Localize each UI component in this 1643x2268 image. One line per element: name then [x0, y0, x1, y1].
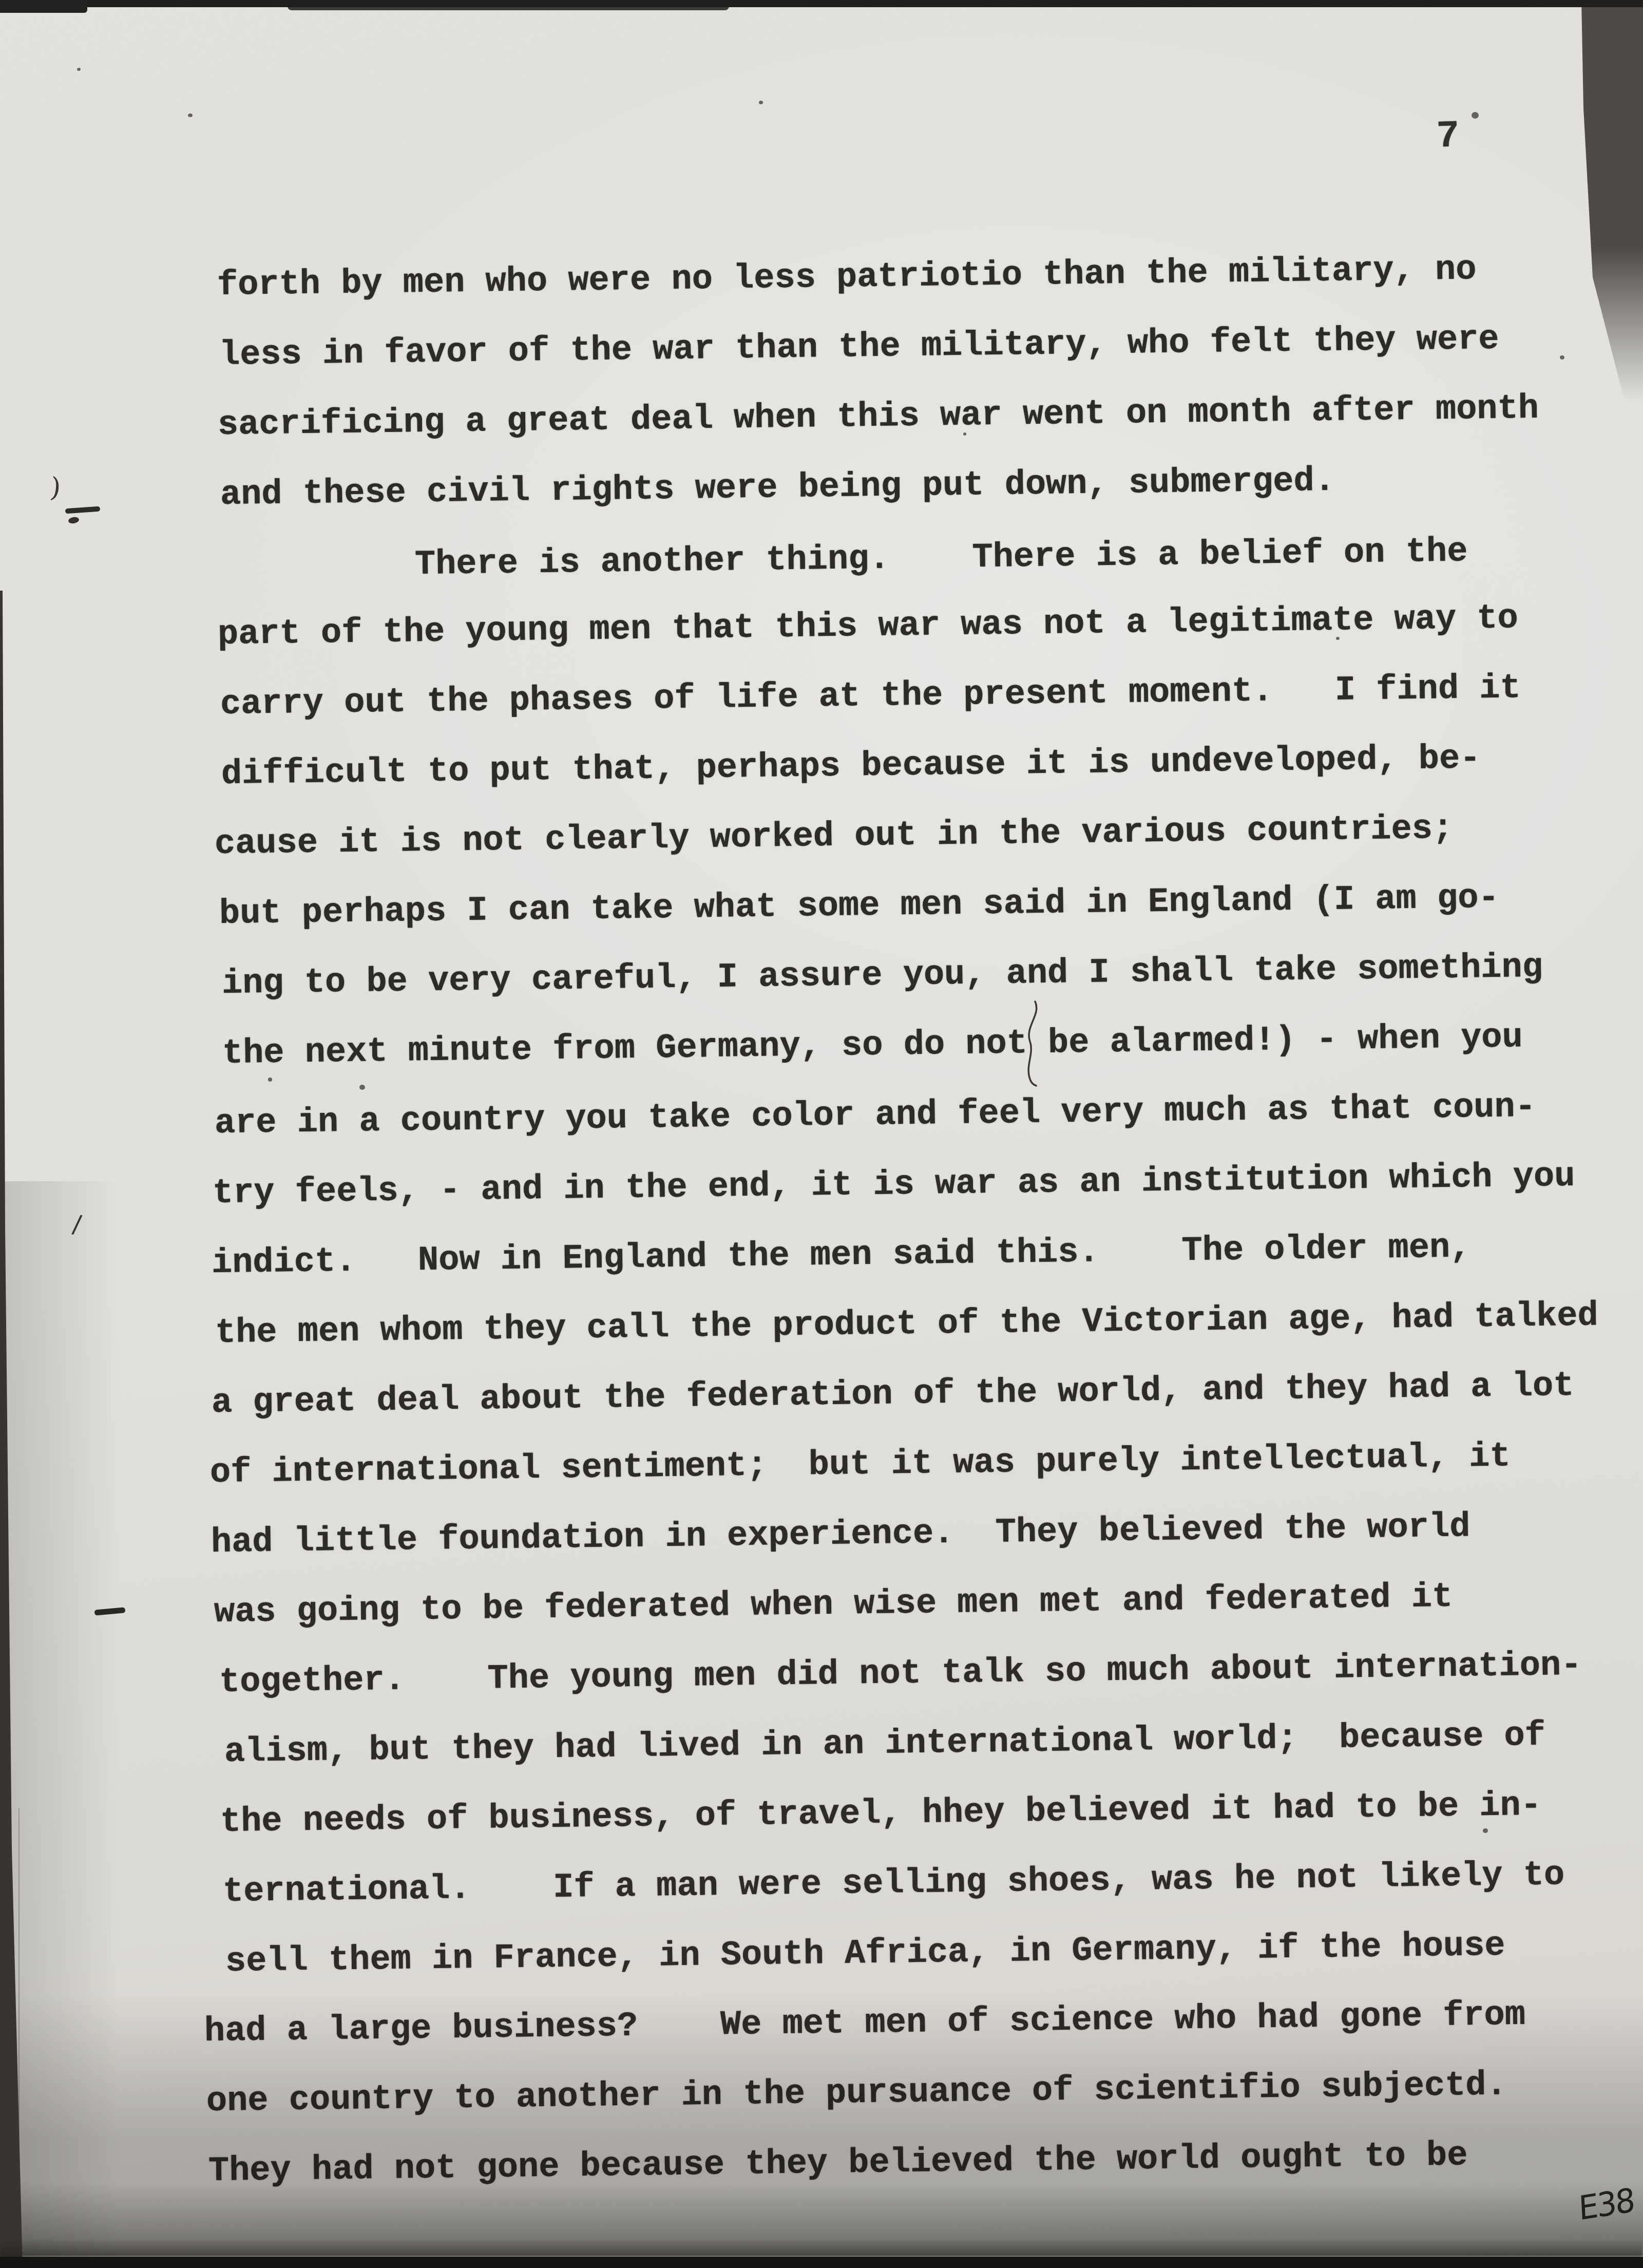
- text-line: and these civil rights were being put do…: [220, 462, 1335, 515]
- text-line: the needs of business, of travel, hhey b…: [220, 1786, 1542, 1842]
- ink-speck: [1483, 1828, 1488, 1833]
- margin-artifact-paren: ): [49, 472, 62, 504]
- scan-border-top: [0, 0, 1643, 7]
- text-line: had a large business? We met men of scie…: [204, 1996, 1526, 2051]
- pen-squiggle-mark: [1022, 1000, 1046, 1088]
- film-grain-overlay: [0, 1181, 133, 2268]
- text-line: the next minute from Germany, so do not …: [222, 1018, 1523, 1073]
- ink-speck: [759, 101, 763, 104]
- text-line: difficult to put that, perhaps because i…: [221, 739, 1481, 794]
- text-line: cause it is not clearly worked out in th…: [215, 809, 1454, 864]
- ink-speck: [268, 1078, 272, 1082]
- text-line: ing to be very careful, I assure you, an…: [222, 948, 1543, 1004]
- text-line: had little foundation in experience. The…: [211, 1507, 1470, 1562]
- text-line: a great deal about the federation of the…: [212, 1367, 1574, 1423]
- ink-speck: [963, 432, 966, 436]
- scan-border-left: [0, 591, 36, 2268]
- footer-handwritten-mark: E38: [1578, 2181, 1635, 2228]
- ink-speck: [359, 1085, 365, 1090]
- text-line: alism, but they had lived in an internat…: [224, 1716, 1546, 1772]
- text-line: but perhaps I can take what some men sai…: [219, 879, 1500, 934]
- scan-border-top-left: [0, 0, 87, 13]
- ink-speck: [77, 68, 81, 71]
- text-line: the men whom they call the product of th…: [215, 1296, 1599, 1353]
- page-number: 7: [1436, 115, 1460, 158]
- ink-blob: [68, 516, 80, 524]
- text-line: carry out the phases of life at the pres…: [220, 669, 1521, 724]
- text-line: forth by men who were no less patriotio …: [217, 250, 1477, 305]
- text-line: sell them in France, in South Africa, in…: [225, 1926, 1506, 1981]
- text-line: was going to be federated when wise men …: [214, 1578, 1453, 1632]
- text-line: one country to another in the pursuance …: [206, 2066, 1507, 2121]
- ink-speck: [1336, 637, 1340, 640]
- text-line-paragraph-indent: There is another thing. There is a belie…: [415, 532, 1468, 584]
- ink-speck: [188, 114, 193, 117]
- scanned-document-page: forth by men who were no less patriotio …: [0, 0, 1643, 2268]
- text-line: sacrificing a great deal when this war w…: [218, 389, 1539, 445]
- text-line: indict. Now in England the men said this…: [212, 1228, 1471, 1283]
- margin-artifact-dash: [65, 506, 101, 514]
- text-line: They had not gone because they believed …: [208, 2136, 1468, 2191]
- margin-artifact-dash: [94, 1607, 126, 1615]
- text-line: less in favor of the war than the milita…: [219, 320, 1500, 375]
- text-line: ternational. If a man were selling shoes…: [223, 1856, 1565, 1912]
- text-line: are in a country you take color and feel…: [215, 1088, 1536, 1143]
- scan-border-bottom: [0, 2257, 1643, 2268]
- text-line: try feels, - and in the end, it is war a…: [213, 1157, 1575, 1213]
- scan-border-bottom-shadow: [0, 2240, 1643, 2258]
- margin-artifact-slash: /: [71, 1209, 83, 1239]
- scan-border-right: [1575, 0, 1643, 401]
- ink-speck: [1472, 112, 1479, 119]
- text-line: part of the young men that this war was …: [218, 599, 1519, 654]
- scan-border-top-middle: [288, 0, 729, 10]
- text-line: together. The young men did not talk so …: [219, 1646, 1582, 1702]
- ink-speck: [1560, 355, 1564, 360]
- text-line: of international sentiment; but it was p…: [210, 1437, 1511, 1492]
